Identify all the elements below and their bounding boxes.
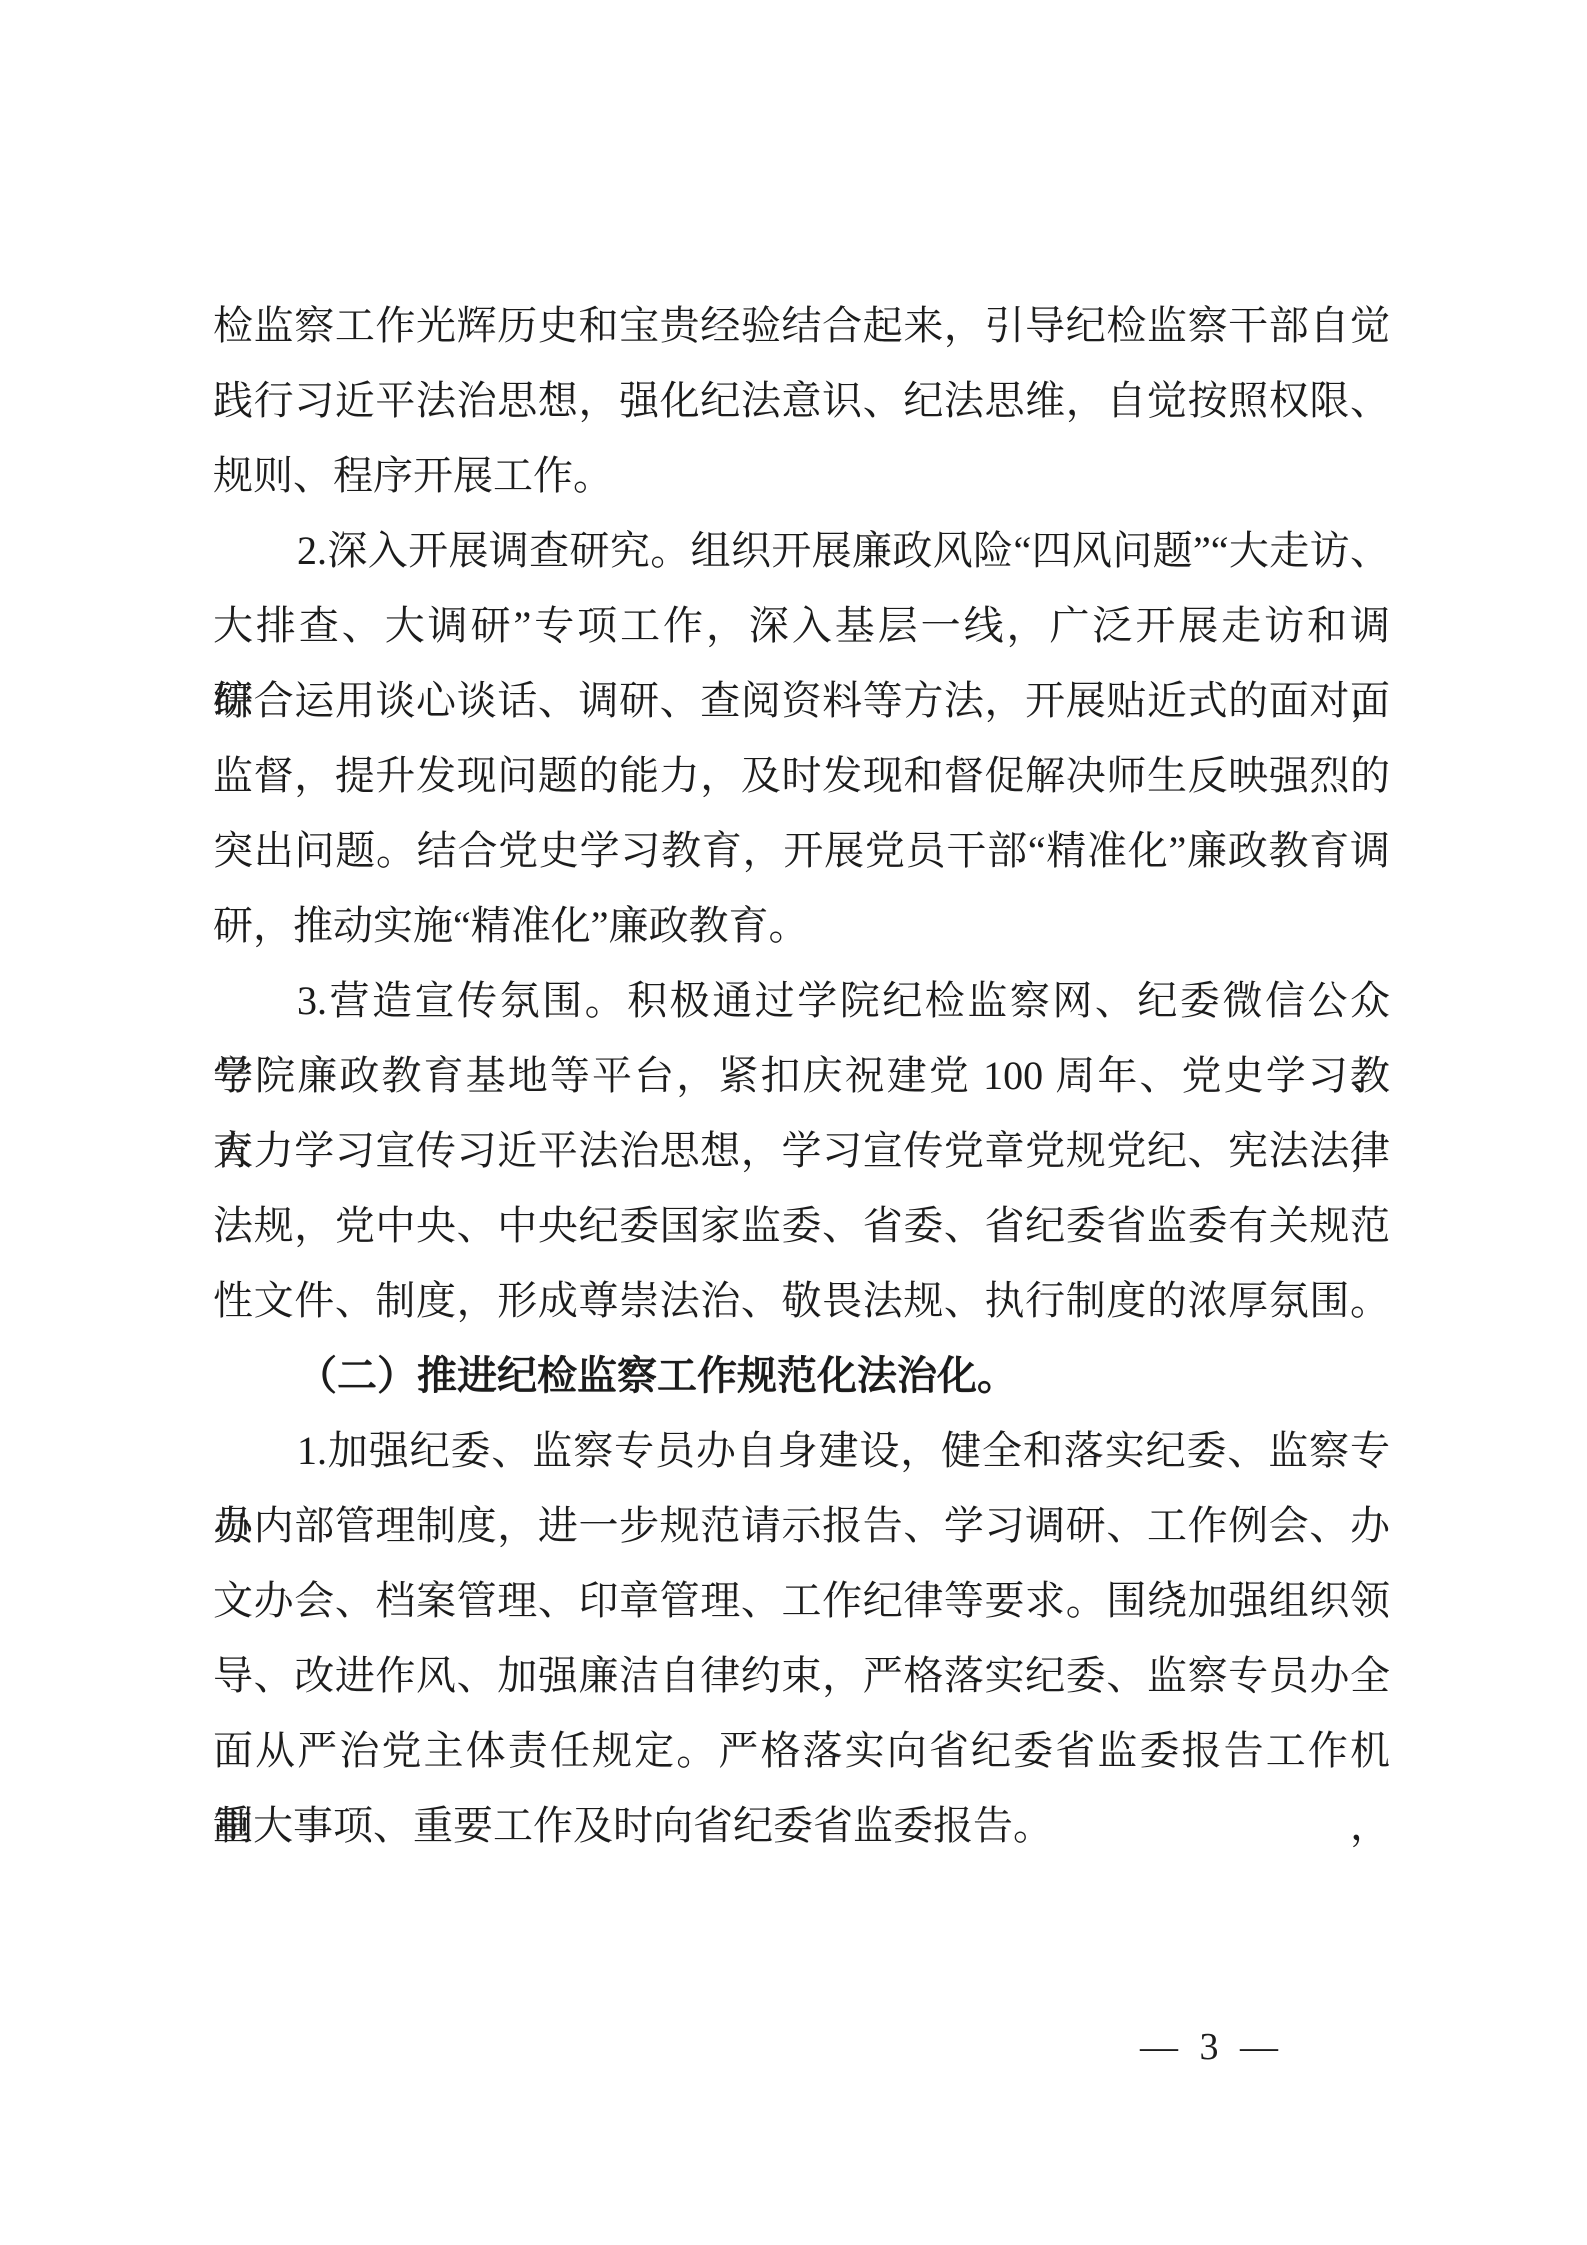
body-text-line: 大排查、大调研”专项工作，深入基层一线，广泛开展走访和调研，: [213, 588, 1390, 663]
body-text-line: 办内部管理制度，进一步规范请示报告、学习调研、工作例会、办: [213, 1488, 1390, 1563]
body-text-line: 学院廉政教育基地等平台，紧扣庆祝建党 100 周年、党史学习教育，: [213, 1038, 1390, 1113]
page-number: — 3 —: [1140, 2022, 1278, 2072]
body-text-line: 性文件、制度，形成尊崇法治、敬畏法规、执行制度的浓厚氛围。: [213, 1263, 1390, 1338]
body-text-line: 综合运用谈心谈话、调研、查阅资料等方法，开展贴近式的面对面: [213, 663, 1390, 738]
body-text-line: 3.营造宣传氛围。积极通过学院纪检监察网、纪委微信公众号、: [213, 963, 1390, 1038]
body-text-line: 突出问题。结合党史学习教育，开展党员干部“精准化”廉政教育调: [213, 813, 1390, 888]
section-heading: （二）推进纪检监察工作规范化法治化。: [213, 1338, 1390, 1413]
body-text-line: 导、改进作风、加强廉洁自律约束，严格落实纪委、监察专员办全: [213, 1638, 1390, 1713]
body-text-line: 2.深入开展调查研究。组织开展廉政风险“四风问题”“大走访、: [213, 513, 1390, 588]
body-text-line: 面从严治党主体责任规定。严格落实向省纪委省监委报告工作机制，: [213, 1713, 1390, 1788]
document-page: 检监察工作光辉历史和宝贵经验结合起来，引导纪检监察干部自觉 践行习近平法治思想，…: [0, 0, 1587, 2245]
body-text-line: 文办会、档案管理、印章管理、工作纪律等要求。围绕加强组织领: [213, 1563, 1390, 1638]
body-text-line: 法规，党中央、中央纪委国家监委、省委、省纪委省监委有关规范: [213, 1188, 1390, 1263]
body-text-line: 研，推动实施“精准化”廉政教育。: [213, 888, 1390, 963]
body-text-line: 规则、程序开展工作。: [213, 438, 1390, 513]
body-text-line: 践行习近平法治思想，强化纪法意识、纪法思维，自觉按照权限、: [213, 363, 1390, 438]
body-text-line: 大力学习宣传习近平法治思想，学习宣传党章党规党纪、宪法法律: [213, 1113, 1390, 1188]
body-text-line: 1.加强纪委、监察专员办自身建设，健全和落实纪委、监察专员: [213, 1413, 1390, 1488]
body-text-line: 检监察工作光辉历史和宝贵经验结合起来，引导纪检监察干部自觉: [213, 288, 1390, 363]
body-text-line: 监督，提升发现问题的能力，及时发现和督促解决师生反映强烈的: [213, 738, 1390, 813]
document-body: 检监察工作光辉历史和宝贵经验结合起来，引导纪检监察干部自觉 践行习近平法治思想，…: [213, 288, 1390, 1863]
